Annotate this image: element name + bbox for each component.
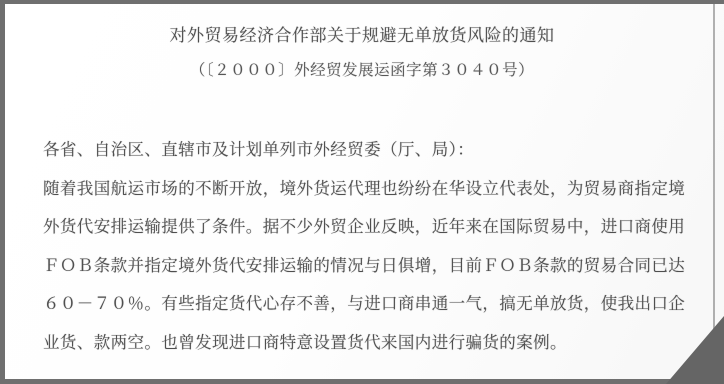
document-title: 对外贸易经济合作部关于规避无单放货风险的通知 [10,21,714,46]
body-line-1: 随着我国航运市场的不断开放，境外货运代理也纷纷在华设立代表处，为贸易商指定境 [43,170,693,209]
body-line-4: ６０－７０％。有些指定货代心存不善，与进口商串通一气，搞无单放货，使我出口企 [43,285,693,324]
body-line-2: 外货代安排运输提供了条件。据不少外贸企业反映，近年来在国际贸易中，进口商使用 [43,208,693,247]
body-line-3: ＦＯＢ条款并指定境外货代安排运输的情况与日俱增，目前ＦＯＢ条款的贸易合同已达 [43,247,693,286]
document-body: 各省、自治区、直辖市及计划单列市外经贸委（厅、局）： 随着我国航运市场的不断开放… [43,131,693,362]
salutation-line: 各省、自治区、直辖市及计划单列市外经贸委（厅、局）： [43,131,693,170]
scanned-page: 对外贸易经济合作部关于规避无单放货风险的通知 （〔２０００〕外经贸发展运函字第３… [5,4,724,379]
corner-shadow-wedge [666,316,724,384]
document-number: （〔２０００〕外经贸发展运函字第３０４０号） [10,58,714,80]
body-line-5: 业货、款两空。也曾发现进口商特意设置货代来国内进行骗货的案例。 [43,324,693,363]
page-edge-line [713,4,715,344]
scan-border-frame: 对外贸易经济合作部关于规避无单放货风险的通知 （〔２０００〕外经贸发展运函字第３… [0,0,724,384]
